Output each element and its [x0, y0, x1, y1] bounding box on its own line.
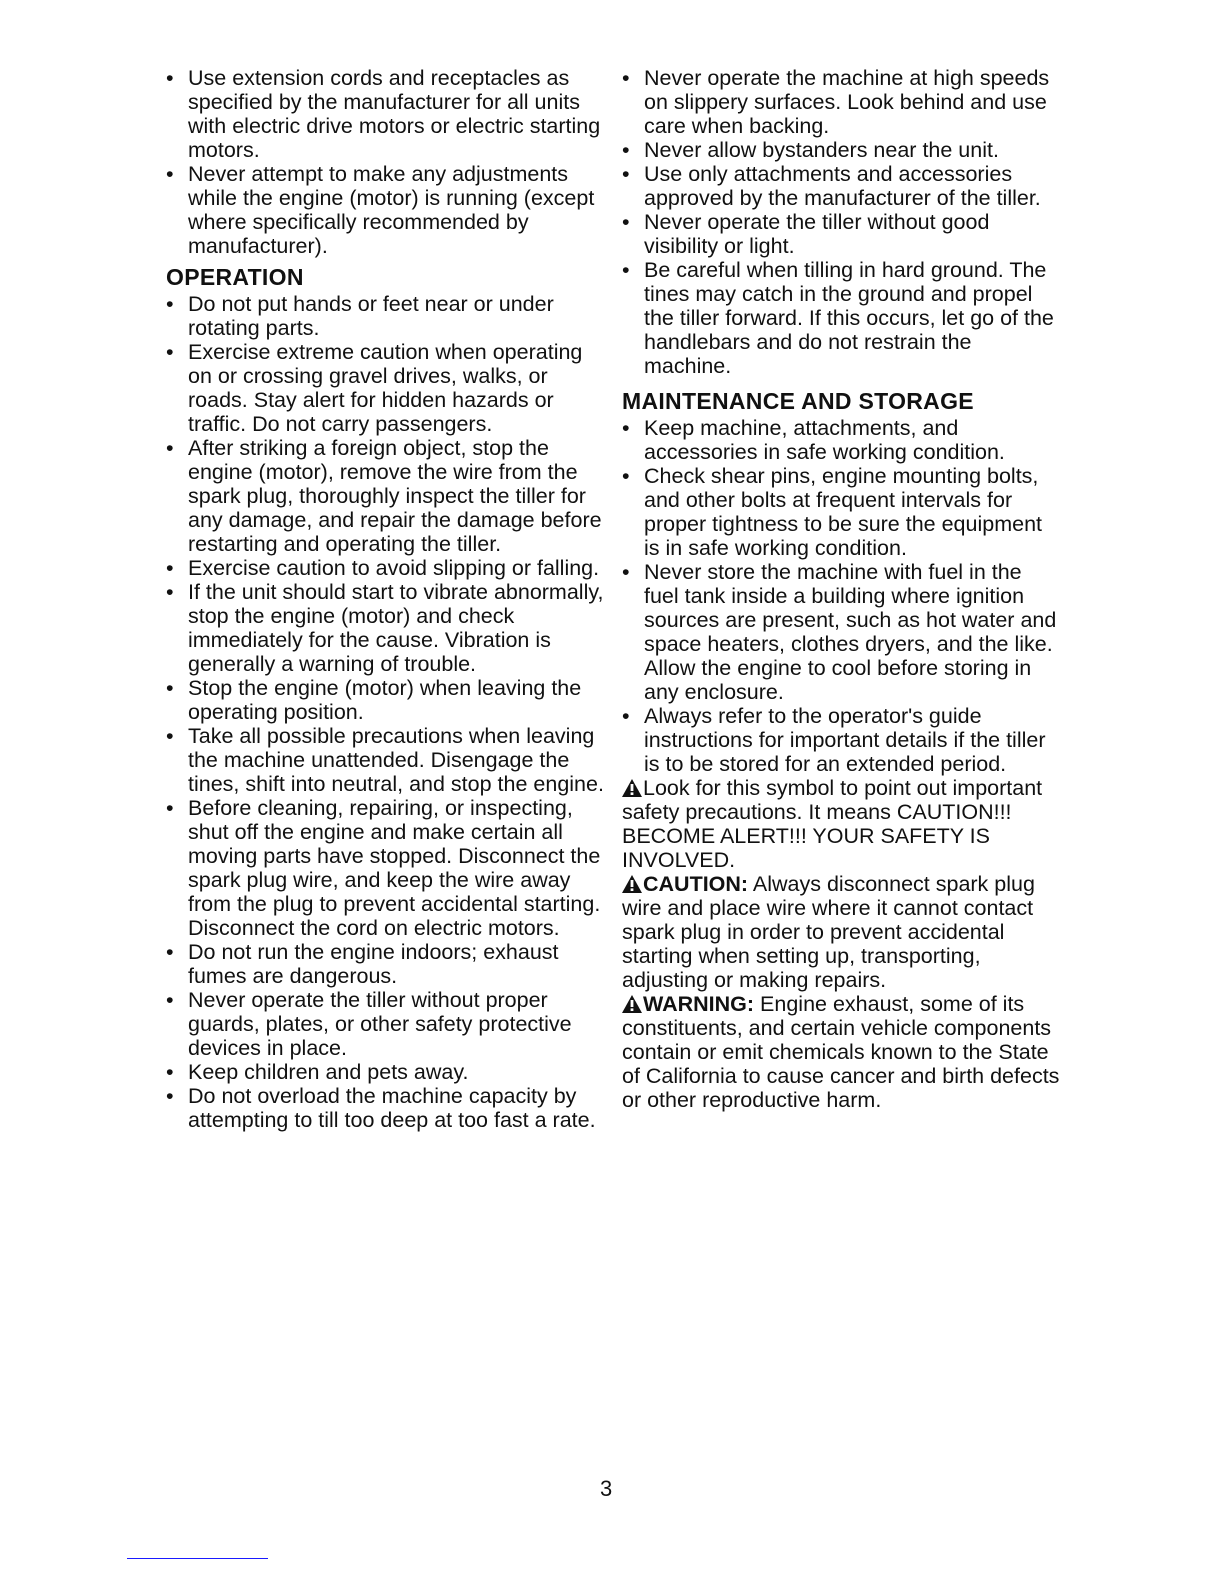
list-item: •Stop the engine (motor) when leaving th… — [166, 676, 606, 724]
bullet-icon: • — [166, 292, 182, 316]
list-item: •Use only attachments and accessories ap… — [622, 162, 1062, 210]
list-item: •Never operate the machine at high speed… — [622, 66, 1062, 138]
list-item: •Always refer to the operator's guide in… — [622, 704, 1062, 776]
operation-continued-list: •Never operate the machine at high speed… — [622, 66, 1062, 378]
warning-note: WARNING: Engine exhaust, some of its con… — [622, 992, 1062, 1112]
list-item: •Exercise caution to avoid slipping or f… — [166, 556, 606, 580]
list-item: •Never operate the tiller without proper… — [166, 988, 606, 1060]
list-item: •Keep children and pets away. — [166, 1060, 606, 1084]
caution-label: CAUTION: — [643, 872, 748, 896]
bullet-icon: • — [166, 66, 182, 90]
bullet-icon: • — [166, 556, 182, 580]
bullet-icon: • — [622, 162, 638, 186]
bullet-icon: • — [166, 796, 182, 820]
maintenance-list: •Keep machine, attachments, and accessor… — [622, 416, 1062, 776]
right-column: •Never operate the machine at high speed… — [622, 66, 1062, 1112]
list-item: •Keep machine, attachments, and accessor… — [622, 416, 1062, 464]
bullet-icon: • — [166, 436, 182, 460]
safety-alert-icon — [622, 875, 642, 893]
bullet-icon: • — [166, 340, 182, 364]
bullet-icon: • — [166, 1060, 182, 1084]
bullet-icon: • — [166, 580, 182, 604]
bullet-icon: • — [166, 940, 182, 964]
operation-heading: OPERATION — [166, 264, 606, 290]
list-item: •If the unit should start to vibrate abn… — [166, 580, 606, 676]
list-item: •Do not put hands or feet near or under … — [166, 292, 606, 340]
list-item: •Check shear pins, engine mounting bolts… — [622, 464, 1062, 560]
caution-note: CAUTION: Always disconnect spark plug wi… — [622, 872, 1062, 992]
bullet-icon: • — [622, 258, 638, 282]
list-item: •Never operate the tiller without good v… — [622, 210, 1062, 258]
safety-alert-icon — [622, 779, 642, 797]
bullet-icon: • — [166, 676, 182, 700]
list-item: •Use extension cords and receptacles as … — [166, 66, 606, 162]
bullet-icon: • — [166, 988, 182, 1012]
bullet-icon: • — [622, 464, 638, 488]
bullet-icon: • — [622, 138, 638, 162]
footer-link-underline[interactable] — [127, 1558, 268, 1559]
safety-alert-icon — [622, 995, 642, 1013]
bullet-icon: • — [622, 210, 638, 234]
symbol-note: Look for this symbol to point out import… — [622, 776, 1062, 872]
bullet-icon: • — [166, 162, 182, 186]
left-column: •Use extension cords and receptacles as … — [166, 66, 606, 1132]
list-item: •Never allow bystanders near the unit. — [622, 138, 1062, 162]
bullet-icon: • — [622, 560, 638, 584]
list-item: •Do not run the engine indoors; exhaust … — [166, 940, 606, 988]
bullet-icon: • — [166, 1084, 182, 1108]
list-item: •Do not overload the machine capacity by… — [166, 1084, 606, 1132]
maintenance-heading: MAINTENANCE AND STORAGE — [622, 388, 1062, 414]
list-item: •Exercise extreme caution when operating… — [166, 340, 606, 436]
warning-label: WARNING: — [643, 992, 754, 1016]
intro-list: •Use extension cords and receptacles as … — [166, 66, 606, 258]
list-item: •After striking a foreign object, stop t… — [166, 436, 606, 556]
operation-list: •Do not put hands or feet near or under … — [166, 292, 606, 1132]
list-item: •Be careful when tilling in hard ground.… — [622, 258, 1062, 378]
list-item: •Never attempt to make any adjustments w… — [166, 162, 606, 258]
list-item: •Take all possible precautions when leav… — [166, 724, 606, 796]
bullet-icon: • — [622, 66, 638, 90]
page-number: 3 — [600, 1476, 612, 1502]
list-item: •Before cleaning, repairing, or inspecti… — [166, 796, 606, 940]
bullet-icon: • — [166, 724, 182, 748]
bullet-icon: • — [622, 416, 638, 440]
bullet-icon: • — [622, 704, 638, 728]
list-item: •Never store the machine with fuel in th… — [622, 560, 1062, 704]
